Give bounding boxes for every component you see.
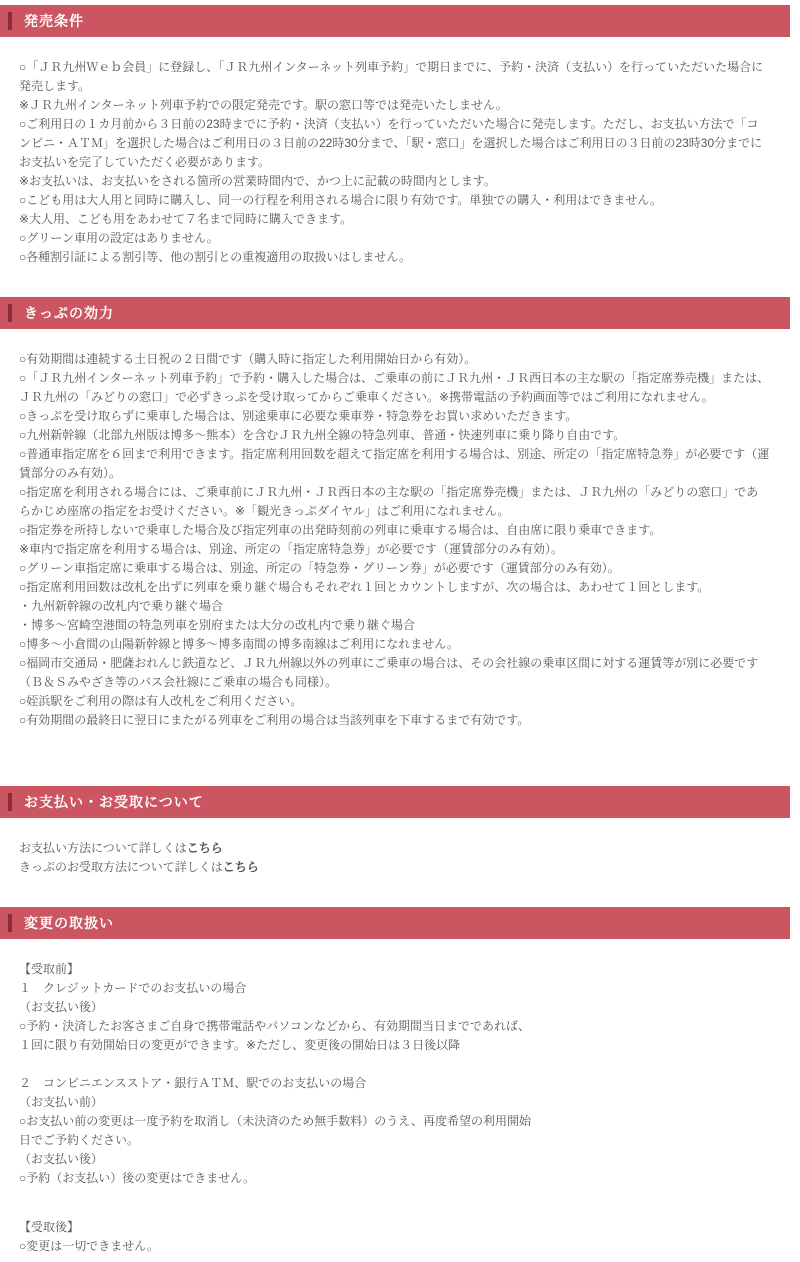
section-title: お支払い・お受取について [0, 792, 204, 812]
section-header-ticket-validity: きっぷの効力 [0, 297, 790, 329]
section-ticket-validity: きっぷの効力 ○有効期間は連続する土日祝の２日間です（購入時に指定した利用開始日… [0, 297, 800, 736]
terms-line: ※ＪＲ九州インターネット列車予約での限定発売です。駅の窓口等では発売いたしません… [19, 96, 770, 115]
change-before-receipt-credit-group: 【受取前】１ クレジットカードでのお支払いの場合（お支払い後）○予約・決済したお… [19, 960, 770, 1055]
terms-line: ○予約（お支払い）後の変更はできません。 [19, 1169, 770, 1188]
terms-line: ○変更は一切できません。 [19, 1237, 770, 1256]
section-title: きっぷの効力 [0, 303, 114, 323]
header-accent-bar-icon [8, 914, 12, 932]
change-before-receipt-convenience-group: ２ コンビニエンスストア・銀行ＡＴＭ、駅でのお支払いの場合（お支払い前）○お支払… [19, 1074, 770, 1188]
header-accent-bar-icon [8, 793, 12, 811]
terms-line: ○指定席利用回数は改札を出ずに列車を乗り継ぐ場合もそれぞれ１回とカウントしますが… [19, 578, 770, 597]
terms-line: １回に限り有効開始日の変更ができます。※ただし、変更後の開始日は３日後以降 [19, 1036, 770, 1055]
terms-line: ○福岡市交通局・肥薩おれんじ鉄道など、ＪＲ九州線以外の列車にご乗車の場合は、その… [19, 654, 770, 692]
payment-method-detail-line: お支払い方法について詳しくはこちら [19, 839, 770, 858]
header-accent-bar-icon [8, 304, 12, 322]
terms-line: ・博多〜宮崎空港間の特急列車を別府または大分の改札内で乗り継ぐ場合 [19, 616, 770, 635]
terms-line: ※大人用、こども用をあわせて７名まで同時に購入できます。 [19, 210, 770, 229]
terms-line: （お支払い後） [19, 1150, 770, 1169]
ticket-receipt-detail-link[interactable]: こちら [223, 860, 259, 874]
payment-method-detail-link[interactable]: こちら [187, 841, 223, 855]
ticket-receipt-detail-line: きっぷのお受取方法について詳しくはこちら [19, 858, 770, 877]
terms-line: ○「ＪＲ九州Ｗｅｂ会員」に登録し、「ＪＲ九州インターネット列車予約」で期日までに… [19, 58, 770, 96]
section-body-sales-conditions: ○「ＪＲ九州Ｗｅｂ会員」に登録し、「ＪＲ九州インターネット列車予約」で期日までに… [0, 37, 800, 273]
terms-line: ○グリーン車用の設定はありません。 [19, 229, 770, 248]
terms-line: ○有効期間の最終日に翌日にまたがる列車をご利用の場合は当該列車を下車するまで有効… [19, 711, 770, 730]
section-header-payment-receipt: お支払い・お受取について [0, 786, 790, 818]
terms-line: ○九州新幹線（北部九州版は博多〜熊本）を含むＪＲ九州全線の特急列車、普通・快速列… [19, 426, 770, 445]
terms-line: ○普通車指定席を６回まで利用できます。指定席利用回数を超えて指定席を利用する場合… [19, 445, 770, 483]
section-sales-conditions: 発売条件 ○「ＪＲ九州Ｗｅｂ会員」に登録し、「ＪＲ九州インターネット列車予約」で… [0, 5, 800, 273]
terms-line: （お支払い前） [19, 1093, 770, 1112]
change-after-receipt-group: 【受取後】○変更は一切できません。 [19, 1218, 770, 1256]
terms-page: 発売条件 ○「ＪＲ九州Ｗｅｂ会員」に登録し、「ＪＲ九州インターネット列車予約」で… [0, 0, 800, 1262]
terms-line: ○有効期間は連続する土日祝の２日間です（購入時に指定した利用開始日から有効）。 [19, 350, 770, 369]
section-title: 発売条件 [0, 11, 84, 31]
terms-line: ○姪浜駅をご利用の際は有人改札をご利用ください。 [19, 692, 770, 711]
header-accent-bar-icon [8, 12, 12, 30]
terms-line: ○グリーン車指定席に乗車する場合は、別途、所定の「特急券・グリーン券」が必要です… [19, 559, 770, 578]
terms-line: ○博多〜小倉間の山陽新幹線と博多〜博多南間の博多南線はご利用になれません。 [19, 635, 770, 654]
terms-line: ○各種割引証による割引等、他の割引との重複適用の取扱いはしません。 [19, 248, 770, 267]
section-header-change-handling: 変更の取扱い [0, 907, 790, 939]
terms-line: ○指定席を利用される場合には、ご乗車前にＪＲ九州・ＪＲ西日本の主な駅の「指定席券… [19, 483, 770, 521]
section-payment-receipt: お支払い・お受取について お支払い方法について詳しくはこちら きっぷのお受取方法… [0, 786, 800, 883]
section-body-change-handling: 【受取前】１ クレジットカードでのお支払いの場合（お支払い後）○予約・決済したお… [0, 939, 800, 1262]
terms-line: ・九州新幹線の改札内で乗り継ぐ場合 [19, 597, 770, 616]
terms-line: 【受取後】 [19, 1218, 770, 1237]
section-title: 変更の取扱い [0, 913, 114, 933]
section-change-handling: 変更の取扱い 【受取前】１ クレジットカードでのお支払いの場合（お支払い後）○予… [0, 907, 800, 1262]
terms-line: ○予約・決済したお客さまご自身で携帯電話やパソコンなどから、有効期間当日までであ… [19, 1017, 770, 1036]
terms-line: ○ご利用日の１カ月前から３日前の23時までに予約・決済（支払い）を行っていただい… [19, 115, 770, 172]
terms-line: ○「ＪＲ九州インターネット列車予約」で予約・購入した場合は、ご乗車の前にＪＲ九州… [19, 369, 770, 407]
terms-line: ２ コンビニエンスストア・銀行ＡＴＭ、駅でのお支払いの場合 [19, 1074, 770, 1093]
terms-line: ○お支払い前の変更は一度予約を取消し（未決済のため無手数料）のうえ、再度希望の利… [19, 1112, 770, 1131]
section-body-ticket-validity: ○有効期間は連続する土日祝の２日間です（購入時に指定した利用開始日から有効）。○… [0, 329, 800, 736]
terms-line: ※お支払いは、お支払いをされる箇所の営業時間内で、かつ上に記載の時間内とします。 [19, 172, 770, 191]
terms-line: ※車内で指定席を利用する場合は、別途、所定の「指定席特急券」が必要です（運賃部分… [19, 540, 770, 559]
terms-line: ○こども用は大人用と同時に購入し、同一の行程を利用される場合に限り有効です。単独… [19, 191, 770, 210]
section-body-payment-receipt: お支払い方法について詳しくはこちら きっぷのお受取方法について詳しくはこちら [0, 818, 800, 883]
section-header-sales-conditions: 発売条件 [0, 5, 790, 37]
ticket-receipt-detail-text: きっぷのお受取方法について詳しくは [19, 860, 223, 874]
terms-line: １ クレジットカードでのお支払いの場合 [19, 979, 770, 998]
terms-line: 【受取前】 [19, 960, 770, 979]
terms-line: 日でご予約ください。 [19, 1131, 770, 1150]
payment-method-detail-text: お支払い方法について詳しくは [19, 841, 187, 855]
terms-line: ○きっぷを受け取らずに乗車した場合は、別途乗車に必要な乗車券・特急券をお買い求め… [19, 407, 770, 426]
terms-line: ○指定券を所持しないで乗車した場合及び指定列車の出発時刻前の列車に乗車する場合は… [19, 521, 770, 540]
terms-line: （お支払い後） [19, 998, 770, 1017]
